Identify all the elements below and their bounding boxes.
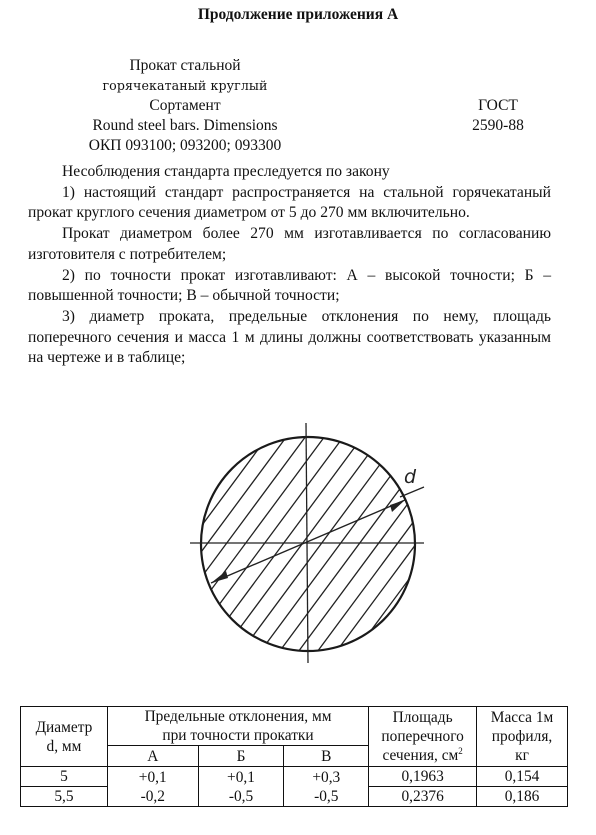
- header-mass-line-2: профиля,: [477, 727, 567, 746]
- tolerance-b-lower: -0,5: [199, 787, 284, 806]
- paragraph-law: Несоблюдения стандарта преследуется по з…: [28, 162, 551, 183]
- gost-number-block: ГОСТ 2590-88: [448, 96, 548, 136]
- header-area-line-2: поперечного: [369, 727, 476, 746]
- cell-diameter: 5: [21, 767, 108, 787]
- header-mass-line-3: кг: [477, 746, 567, 765]
- cross-section-drawing: d: [180, 405, 440, 680]
- cell-diameter: 5,5: [21, 787, 108, 807]
- header-area-line-1: Площадь: [369, 708, 476, 727]
- tolerance-v-lower: -0,5: [284, 787, 368, 806]
- tolerance-a-lower: -0,2: [108, 787, 198, 806]
- paragraph-dimensions: 3) диаметр проката, предельные отклонени…: [28, 307, 551, 369]
- diameter-dimension-line: [211, 500, 405, 583]
- okp-codes: ОКП 093100; 093200; 093300: [60, 136, 310, 156]
- arrowhead-lower: [211, 571, 228, 583]
- cell-mass: 0,154: [477, 767, 568, 787]
- standard-title-block: Прокат стальной горячекатаный круглый Со…: [60, 56, 310, 156]
- header-diameter-line-1: Диаметр: [21, 718, 107, 737]
- header-area-sup: 2: [458, 746, 463, 756]
- header-diameter-line-2: d, мм: [21, 737, 107, 756]
- assortment-table: Диаметр d, мм Предельные отклонения, мм …: [20, 706, 568, 807]
- tolerance-v-upper: +0,3: [284, 768, 368, 787]
- header-tolerances-line-1: Предельные отклонения, мм: [108, 707, 368, 726]
- leader-line: [400, 487, 424, 497]
- table-row: 5 +0,1 -0,2 +0,1 -0,5 +0,3 -0,5 0,1963 0…: [21, 767, 568, 787]
- header-diameter: Диаметр d, мм: [21, 707, 108, 767]
- standard-title-line-2: горячекатаный круглый: [60, 76, 310, 96]
- header-tolerances: Предельные отклонения, мм при точности п…: [107, 707, 368, 746]
- cell-area: 0,2376: [369, 787, 477, 807]
- cell-tolerance-v: +0,3 -0,5: [284, 767, 369, 807]
- standard-title-line-1: Прокат стальной: [60, 56, 310, 76]
- standard-title-english: Round steel bars. Dimensions: [60, 116, 310, 136]
- cell-area: 0,1963: [369, 767, 477, 787]
- header-mass: Масса 1м профиля, кг: [477, 707, 568, 767]
- diameter-label: d: [404, 466, 417, 488]
- header-class-b: Б: [198, 746, 284, 767]
- header-area-line-3: сечения, см2: [369, 746, 476, 765]
- body-text: Несоблюдения стандарта преследуется по з…: [28, 162, 551, 369]
- header-class-v: В: [284, 746, 369, 767]
- cell-tolerance-a: +0,1 -0,2: [107, 767, 198, 807]
- paragraph-scope: 1) настоящий стандарт распространяется н…: [28, 183, 551, 224]
- paragraph-accuracy: 2) по точности прокат изготавливают: А –…: [28, 266, 551, 307]
- tolerance-a-upper: +0,1: [108, 768, 198, 787]
- gost-number: 2590-88: [448, 116, 548, 136]
- header-area-unit: сечения, см: [382, 747, 458, 764]
- paragraph-large-diameter: Прокат диаметром более 270 мм изготавлив…: [28, 224, 551, 265]
- page-title: Продолжение приложения А: [0, 6, 596, 24]
- header-area: Площадь поперечного сечения, см2: [369, 707, 477, 767]
- standard-title-line-3: Сортамент: [60, 96, 310, 116]
- cell-tolerance-b: +0,1 -0,5: [198, 767, 284, 807]
- header-class-a: А: [107, 746, 198, 767]
- header-mass-line-1: Масса 1м: [477, 708, 567, 727]
- header-tolerances-line-2: при точности прокатки: [108, 726, 368, 745]
- cell-mass: 0,186: [477, 787, 568, 807]
- tolerance-b-upper: +0,1: [199, 768, 284, 787]
- gost-label: ГОСТ: [448, 96, 548, 116]
